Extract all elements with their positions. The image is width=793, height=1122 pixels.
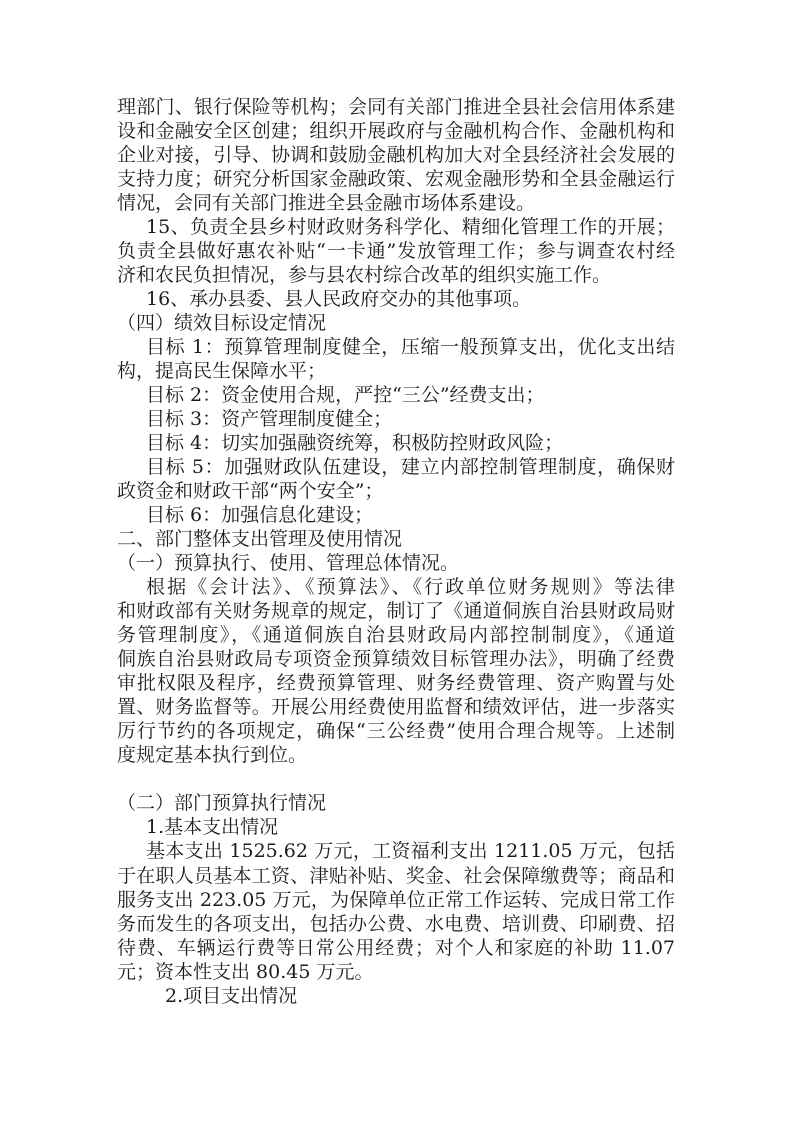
text-line: 目标 2：资金使用合规，严控“三公”经费支出； [117, 383, 675, 407]
text-line: 理部门、银行保险等机构；会同有关部门推进全县社会信用体系建 [117, 95, 675, 119]
text-line: 和财政部有关财务规章的规定，制订了《通道侗族自治县财政局财 [117, 599, 675, 623]
text-line: 二、部门整体支出管理及使用情况 [117, 527, 675, 551]
text-line: 待费、车辆运行费等日常公用经费；对个人和家庭的补助 11.07 万 [117, 936, 675, 960]
text-line: 设和金融安全区创建；组织开展政府与金融机构合作、金融机构和 [117, 119, 675, 143]
text-line: 情况，会同有关部门推进全县金融市场体系建设。 [117, 191, 675, 215]
text-line: 侗族自治县财政局专项资金预算绩效目标管理办法》，明确了经费 [117, 647, 675, 671]
text-line: 目标 3：资产管理制度健全； [117, 407, 675, 431]
text-line: 构，提高民生保障水平； [117, 359, 675, 383]
text-line: （二）部门预算执行情况 [117, 791, 675, 815]
text-line: 目标 4：切实加强融资统筹，积极防控财政风险； [117, 431, 675, 455]
text-line: （一）预算执行、使用、管理总体情况。 [117, 551, 675, 575]
text-line: 负责全县做好惠农补贴“一卡通”发放管理工作；参与调查农村经 [117, 239, 675, 263]
text-line: 1.基本支出情况 [117, 815, 675, 839]
blank-line [117, 767, 675, 791]
text-line: 度规定基本执行到位。 [117, 743, 675, 767]
text-line: 支持力度；研究分析国家金融政策、宏观金融形势和全县金融运行 [117, 167, 675, 191]
text-line: 目标 1：预算管理制度健全，压缩一般预算支出，优化支出结 [117, 335, 675, 359]
text-line: 审批权限及程序，经费预算管理、财务经费管理、资产购置与处 [117, 671, 675, 695]
document-body: 理部门、银行保险等机构；会同有关部门推进全县社会信用体系建设和金融安全区创建；组… [117, 95, 675, 1008]
text-line: 根据《会计法》、《预算法》、《行政单位财务规则》等法律 [117, 575, 675, 599]
text-line: 济和农民负担情况，参与县农村综合改革的组织实施工作。 [117, 263, 675, 287]
text-line: 16、承办县委、县人民政府交办的其他事项。 [117, 287, 675, 311]
text-line: 服务支出 223.05 万元，为保障单位正常工作运转、完成日常工作任 [117, 888, 675, 912]
text-line: 15、负责全县乡村财政财务科学化、精细化管理工作的开展； [117, 215, 675, 239]
text-line: 政资金和财政干部“两个安全”； [117, 479, 675, 503]
text-line: 企业对接，引导、协调和鼓励金融机构加大对全县经济社会发展的 [117, 143, 675, 167]
text-line: 务而发生的各项支出，包括办公费、水电费、培训费、印刷费、招 [117, 912, 675, 936]
text-line: 元；资本性支出 80.45 万元。 [117, 960, 675, 984]
text-line: 目标 6：加强信息化建设； [117, 503, 675, 527]
text-line: 于在职人员基本工资、津贴补贴、奖金、社会保障缴费等；商品和 [117, 864, 675, 888]
document-page: 理部门、银行保险等机构；会同有关部门推进全县社会信用体系建设和金融安全区创建；组… [0, 0, 793, 1122]
text-line: 务管理制度》，《通道侗族自治县财政局内部控制制度》，《通道 [117, 623, 675, 647]
text-line: （四）绩效目标设定情况 [117, 311, 675, 335]
text-line: 2.项目支出情况 [117, 984, 675, 1008]
text-line: 厉行节约的各项规定，确保“三公经费”使用合理合规等。上述制 [117, 719, 675, 743]
text-line: 基本支出 1525.62 万元，工资福利支出 1211.05 万元，包括用 [117, 839, 675, 863]
text-line: 目标 5：加强财政队伍建设，建立内部控制管理制度，确保财 [117, 455, 675, 479]
text-line: 置、财务监督等。开展公用经费使用监督和绩效评估，进一步落实 [117, 695, 675, 719]
